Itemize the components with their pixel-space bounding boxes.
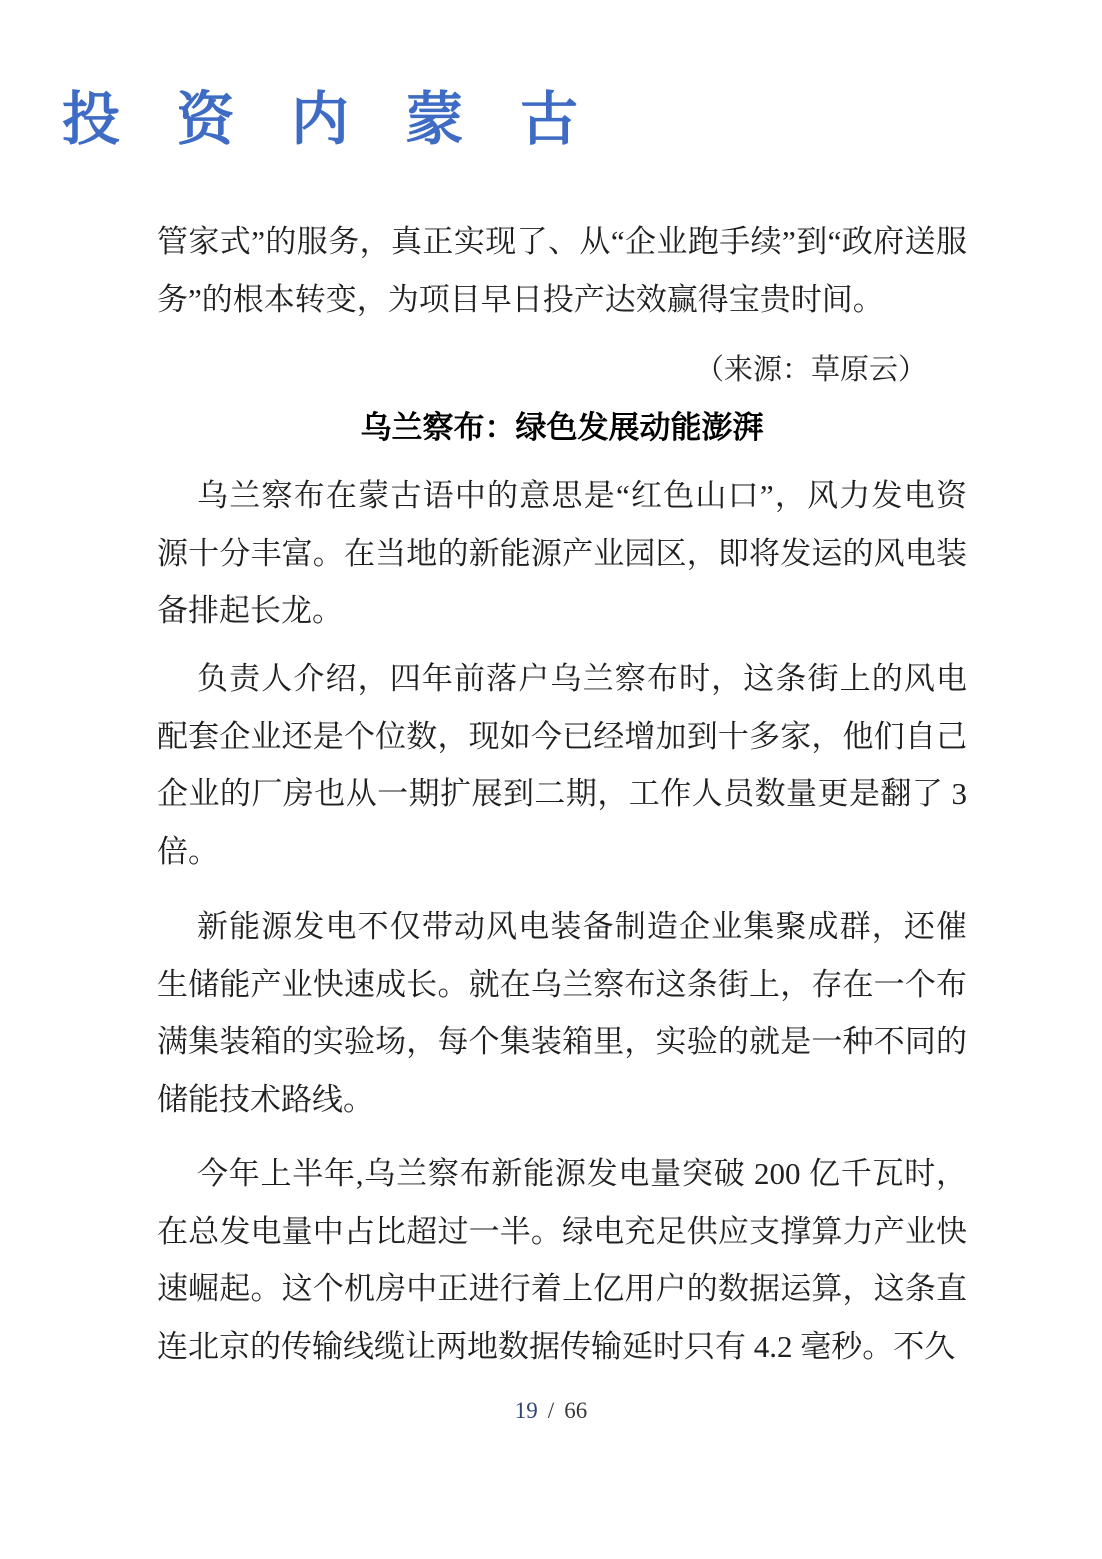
document-page: 投 资 内 蒙 古 管家式”的服务，真正实现了、从“企业跑手续”到“政府送服务”… — [0, 0, 1102, 1559]
article-paragraph-1: 乌兰察布在蒙古语中的意思是“红色山口”，风力发电资源十分丰富。在当地的新能源产业… — [157, 467, 967, 640]
masthead-title: 投 资 内 蒙 古 — [62, 90, 599, 150]
article-paragraph-2: 负责人介绍，四年前落户乌兰察布时，这条街上的风电配套企业还是个位数，现如今已经增… — [157, 650, 967, 880]
page-number-current: 19 — [515, 1398, 538, 1423]
page-number-separator: / — [548, 1398, 554, 1423]
article-paragraph-4: 今年上半年,乌兰察布新能源发电量突破 200 亿千瓦时，在总发电量中占比超过一半… — [157, 1145, 967, 1375]
continued-paragraph: 管家式”的服务，真正实现了、从“企业跑手续”到“政府送服务”的根本转变，为项目早… — [157, 213, 967, 328]
page-number-total: 66 — [564, 1398, 587, 1423]
page-footer: 19/66 — [0, 1396, 1102, 1426]
source-attribution: （来源：草原云） — [157, 350, 967, 390]
section-heading: 乌兰察布：绿色发展动能澎湃 — [157, 406, 967, 450]
article-paragraph-3: 新能源发电不仅带动风电装备制造企业集聚成群，还催生储能产业快速成长。就在乌兰察布… — [157, 898, 967, 1128]
